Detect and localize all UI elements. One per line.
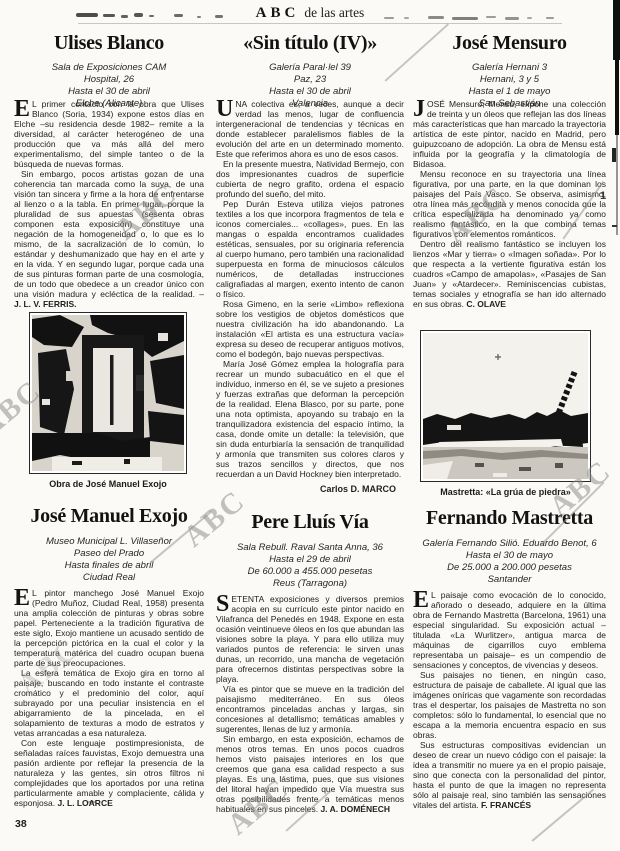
column-center: «Sin título (IV)» Galería Paral·lel 39 P… (216, 0, 404, 851)
venue-line: Sala de Exposiciones CAM (14, 62, 204, 74)
article-title-jose-mensuro: José Mensuro (413, 32, 606, 55)
venue-line: De 25.000 a 200.000 pesetas (413, 562, 606, 574)
byline-ferris: J. L. V. FERRIS. (14, 299, 77, 309)
newspaper-page: ABCde las artes 1 ABC ABC ABC ABC ABC AB… (0, 0, 620, 851)
paragraph: Sin embargo, pocos artistas gozan de una… (14, 169, 204, 309)
venue-line: Paseo del Prado (14, 548, 204, 560)
dropcap: U (216, 99, 235, 119)
paragraph: EL primer contacto con la obra que Ulise… (14, 99, 204, 169)
article-body-sin-titulo-iv: UNA colectiva es, a veces, aunque a deci… (216, 99, 404, 494)
venue-line: Hasta el 30 de abril (14, 86, 204, 98)
paragraph: Sin embargo, en esta exposición, echamos… (216, 734, 404, 814)
paragraph: JOSÉ Mensuro, Mensu, expone una colecció… (413, 99, 606, 169)
mastretta-artwork-figure: Mastretta: «La grúa de piedra» (420, 330, 591, 498)
scan-edge-mark (612, 225, 617, 227)
exojo-artwork-caption: Obra de José Manuel Exojo (29, 479, 187, 490)
dropcap: J (413, 99, 427, 119)
venue-line: Hernani, 3 y 5 (413, 74, 606, 86)
mastretta-artwork-image (423, 333, 588, 479)
dropcap: S (216, 594, 231, 614)
article-body-ulises-blanco: EL primer contacto con la obra que Ulise… (14, 99, 204, 309)
article-title-sin-titulo-iv: «Sin título (IV)» (216, 32, 404, 55)
byline-olave: C. OLAVE (466, 299, 506, 309)
venue-jose-manuel-exojo: Museo Municipal L. Villaseñor Paseo del … (14, 536, 204, 584)
venue-line: Hasta el 29 de abril (216, 554, 404, 566)
venue-line: Santander (413, 574, 606, 586)
paragraph: Sus estructuras compositivas evidencian … (413, 740, 606, 810)
paragraph: EL paisaje como evocación de lo conocido… (413, 590, 606, 670)
exojo-artwork-figure: Obra de José Manuel Exojo (29, 312, 187, 490)
article-title-jose-manuel-exojo: José Manuel Exojo (14, 505, 204, 528)
byline-loarce: J. L. LOARCE (58, 798, 113, 808)
exojo-artwork-image (32, 315, 184, 471)
article-body-jose-mensuro: JOSÉ Mensuro, Mensu, expone una colecció… (413, 99, 606, 309)
venue-fernando-mastretta: Galería Fernando Silió. Eduardo Benot, 6… (413, 538, 606, 586)
article-body-fernando-mastretta: EL paisaje como evocación de lo conocido… (413, 590, 606, 810)
paragraph: Con este lenguaje postimpresionista, de … (14, 738, 204, 808)
paragraph: María José Gómez emplea la holografía pa… (216, 359, 404, 479)
byline-carlos-d-marco: Carlos D. MARCO (216, 484, 404, 494)
dropcap: E (413, 590, 431, 610)
paragraph: Rosa Gimeno, en la serie «Limbo» reflexi… (216, 299, 404, 359)
byline-frances: F. FRANCÉS (481, 800, 531, 810)
scan-edge-mark (612, 148, 616, 162)
venue-line: Ciudad Real (14, 572, 204, 584)
mastretta-artwork-caption: Mastretta: «La grúa de piedra» (420, 487, 591, 498)
paragraph: SETENTA exposiciones y diversos premios … (216, 594, 404, 684)
scan-smudge (404, 17, 409, 19)
venue-line: Galería Paral·lel 39 (216, 62, 404, 74)
venue-pere-lluis-via: Sala Rebull. Raval Santa Anna, 36 Hasta … (216, 542, 404, 590)
venue-line: Reus (Tarragona) (216, 578, 404, 590)
article-body-jose-manuel-exojo: EL pintor manchego José Manuel Exojo (Pe… (14, 588, 204, 808)
venue-line: Hasta finales de abril (14, 560, 204, 572)
dropcap: E (14, 588, 32, 608)
scan-edge-bar (615, 60, 619, 135)
column-left: Ulises Blanco Sala de Exposiciones CAM H… (14, 0, 204, 851)
mastretta-artwork-frame (420, 330, 591, 482)
paragraph: Vía es pintor que se mueve en la tradici… (216, 684, 404, 734)
byline-domenech: J. A. DOMÉNECH (320, 804, 390, 814)
paragraph: En la presente muestra, Natividad Bermej… (216, 159, 404, 199)
article-body-pere-lluis-via: SETENTA exposiciones y diversos premios … (216, 594, 404, 814)
dropcap: E (14, 99, 32, 119)
column-right: José Mensuro Galería Hernani 3 Hernani, … (413, 0, 606, 851)
venue-line: Hospital, 26 (14, 74, 204, 86)
venue-line: Galería Fernando Silió. Eduardo Benot, 6 (413, 538, 606, 550)
article-title-ulises-blanco: Ulises Blanco (14, 32, 204, 55)
venue-line: Hasta el 30 de mayo (413, 550, 606, 562)
exojo-artwork-frame (29, 312, 187, 474)
paragraph: UNA colectiva es, a veces, aunque a deci… (216, 99, 404, 159)
venue-line: Hasta el 30 de abril (216, 86, 404, 98)
scan-edge-bar (613, 0, 620, 60)
article-title-fernando-mastretta: Fernando Mastretta (413, 507, 606, 530)
paragraph: Mensu reconoce en su trayectoria una lín… (413, 169, 606, 239)
paragraph: Pep Durán Esteva utiliza viejos patrones… (216, 199, 404, 299)
paragraph: EL pintor manchego José Manuel Exojo (Pe… (14, 588, 204, 668)
venue-line: Hasta el 1 de mayo (413, 86, 606, 98)
paragraph: Dentro del realismo fantástico se incluy… (413, 239, 606, 309)
article-title-pere-lluis-via: Pere Lluís Vía (216, 511, 404, 534)
scan-edge-bar (616, 135, 618, 235)
venue-line: Sala Rebull. Raval Santa Anna, 36 (216, 542, 404, 554)
paragraph: Sus paisajes no tienen, en ningún caso, … (413, 670, 606, 740)
venue-line: Galería Hernani 3 (413, 62, 606, 74)
page-number: 38 (15, 818, 27, 830)
venue-line: De 60.000 a 455.000 pesetas (216, 566, 404, 578)
venue-line: Paz, 23 (216, 74, 404, 86)
paragraph: La esfera temática de Exojo gira en torn… (14, 668, 204, 738)
